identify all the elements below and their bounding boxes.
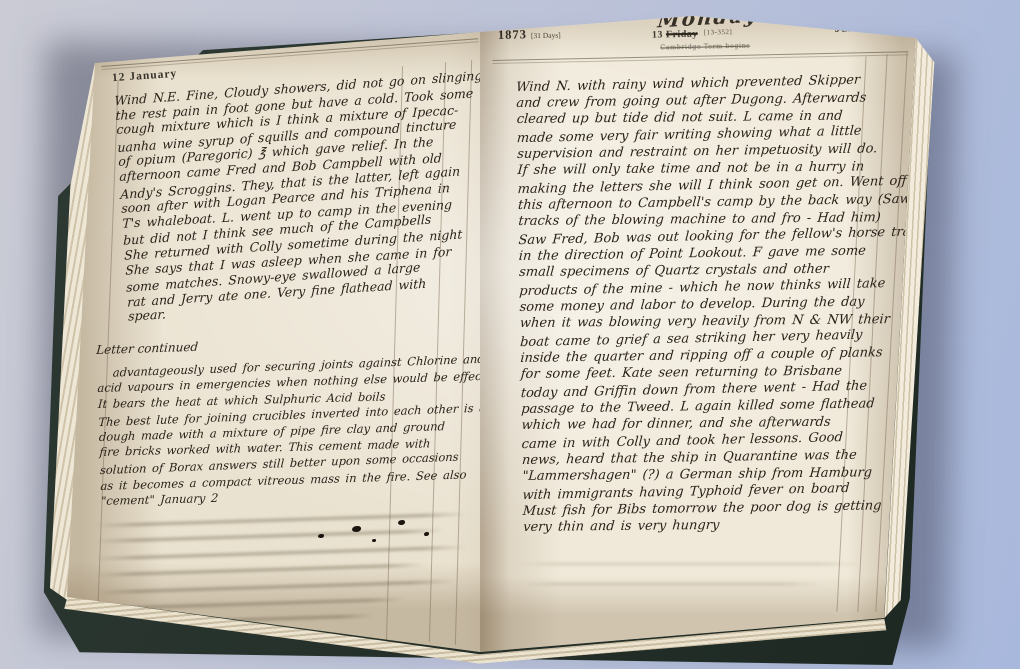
printed-month-year: [1st Month]1873 (330, 10, 402, 30)
left-corner-date: 12 January (112, 68, 178, 85)
letter-continued-section: Letter continued advantageously used for… (96, 330, 483, 510)
days-label: [31 Days] (531, 31, 561, 41)
right-entry-text: Wind N. with rainy wind which prevented … (516, 72, 897, 537)
printed-day-ref: [13-352] (704, 28, 733, 37)
right-printed-header: 1873[31 Days] Monday 13 Friday [13-352] … (492, 7, 909, 61)
handwritten-day-name: Sunday (231, 6, 325, 40)
ink-blot (352, 526, 361, 532)
letter-continued-text: advantageously used for securing joints … (97, 352, 483, 510)
bleedthrough-line (95, 512, 467, 528)
printed-day-ref: [12-353] (293, 31, 322, 41)
left-entry-text: Wind N.E. Fine, Cloudy showers, did not … (114, 70, 484, 326)
printed-day-number: 13 (652, 29, 663, 40)
year-label: 1873 (372, 10, 402, 26)
bleedthrough-line (95, 579, 455, 594)
bleedthrough-line (95, 563, 425, 577)
ink-blot (372, 539, 376, 542)
diary-photo: Sunday 12 Thursday [12-353] [1st Month]1… (0, 0, 1020, 669)
bleedthrough-line (95, 529, 445, 544)
printed-year-days: 1873[31 Days] (498, 27, 561, 43)
year-label: 1873 (498, 27, 527, 42)
bleedthrough-line (95, 545, 467, 561)
printed-date-line: 13 Friday [13-352] (652, 28, 733, 41)
printed-day-name-struck: Friday (666, 29, 698, 41)
bleedthrough-line (520, 562, 860, 566)
ink-blot (424, 532, 429, 536)
month-label: [1st Month] (330, 16, 369, 28)
ink-blot (398, 520, 405, 525)
right-corner-date: January 13 (834, 21, 900, 34)
bleedthrough-line (520, 582, 820, 586)
printed-note-struck: Cambridge Term begins (660, 42, 750, 52)
ink-blot (318, 534, 324, 538)
